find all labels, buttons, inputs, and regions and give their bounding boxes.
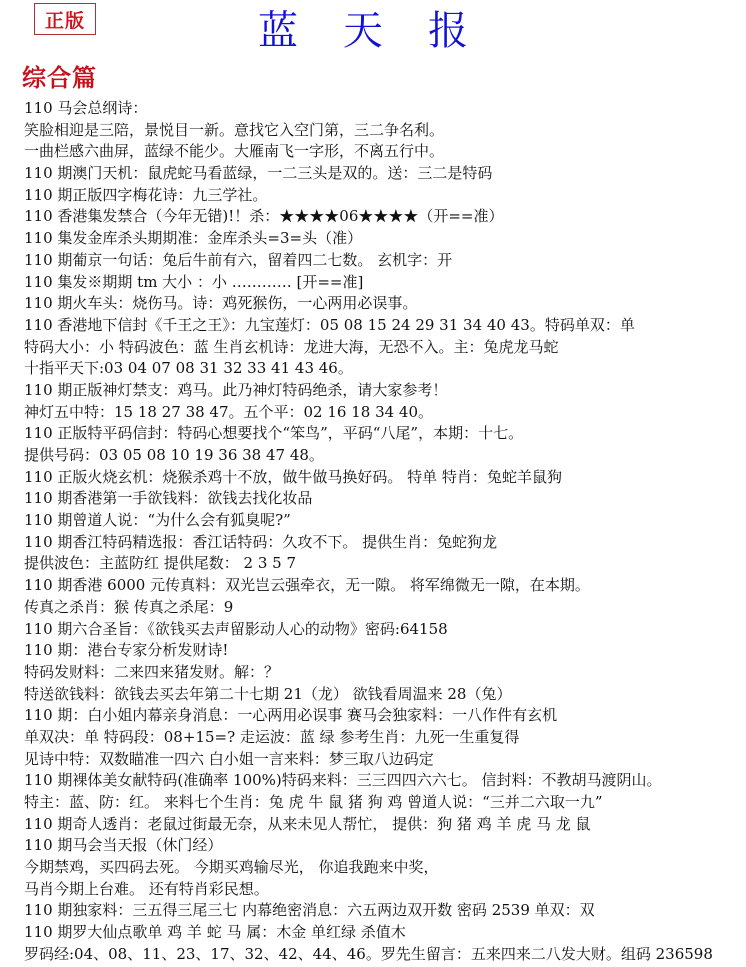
article-body: 110 马会总纲诗： 笑脸相迎是三陪，景悦目一新。意找它入空门第，三二争名利。 … xyxy=(24,98,744,966)
text-line: 110 期：白小姐内幕亲身消息：一心两用必误事 赛马会独家料：一八作件有玄机 xyxy=(24,705,744,727)
text-line: 110 期正版神灯禁支：鸡马。此乃神灯特码绝杀，请大家参考！ xyxy=(24,380,744,402)
text-line: 110 正版火烧玄机：烧猴杀鸡十不放，做牛做马换好码。 特单 特肖：兔蛇羊鼠狗 xyxy=(24,467,744,489)
section-heading: 综合篇 xyxy=(22,58,97,93)
text-line: 提供号码：03 05 08 10 19 36 38 47 48。 xyxy=(24,445,744,467)
authentic-badge: 正版 xyxy=(34,3,96,35)
text-line: 110 香港地下信封《千王之王》：九宝莲灯：05 08 15 24 29 31 … xyxy=(24,315,744,337)
text-line: 今期禁鸡，买四码去死。 今期买鸡输尽光， 你追我跑来中奖， xyxy=(24,857,744,879)
text-line: 110 期裸体美女献特码(准确率 100%)特码来料：三三四四六六七。 信封料：… xyxy=(24,770,744,792)
text-line: 110 集发※期期 tm 大小 ：小 ………… [开==准] xyxy=(24,272,744,294)
text-line: 110 期独家料：三五得三尾三七 内幕绝密消息：六五两边双开数 密码 2539 … xyxy=(24,900,744,922)
text-line: 110 期奇人透肖：老鼠过街最无奈，从来未见人帮忙， 提供：狗 猪 鸡 羊 虎 … xyxy=(24,814,744,836)
text-line: 一曲栏感六曲屏，蓝绿不能少。大雁南飞一字形，不离五行中。 xyxy=(24,141,744,163)
text-line: 特码大小：小 特码波色：蓝 生肖玄机诗：龙进大海，无恐不入。主：兔虎龙马蛇 xyxy=(24,337,744,359)
text-line: 十指平天下:03 04 07 08 31 32 33 41 43 46。 xyxy=(24,358,744,380)
text-line: 罗码经:04、08、11、23、17、32、42、44、46。罗先生留言：五来四… xyxy=(24,944,744,966)
text-line: 110 期澳门天机：鼠虎蛇马看蓝绿，一二三头是双的。送：三二是特码 xyxy=(24,163,744,185)
text-line: 110 正版特平码信封：特码心想要找个“笨鸟”，平码“八尾”，本期：十七。 xyxy=(24,423,744,445)
text-line: 110 期香港第一手欲钱料：欲钱去找化妆品 xyxy=(24,488,744,510)
title-char-2: 天 xyxy=(343,0,383,56)
text-line: 110 期香港 6000 元传真料：双光岂云强牵衣，无一隙。 将军绵微无一隙，在… xyxy=(24,575,744,597)
title-char-1: 蓝 xyxy=(258,0,298,56)
text-line: 特送欲钱料：欲钱去买去年第二十七期 21（龙） 欲钱看周温来 28（兔） xyxy=(24,684,744,706)
text-line: 110 马会总纲诗： xyxy=(24,98,744,120)
page-title: 蓝 天 报 xyxy=(258,2,468,52)
text-line: 提供波色：主蓝防红 提供尾数： 2 3 5 7 xyxy=(24,553,744,575)
text-line: 笑脸相迎是三陪，景悦目一新。意找它入空门第，三二争名利。 xyxy=(24,120,744,142)
text-line: 110 期马会当天报（休门经） xyxy=(24,835,744,857)
text-line: 单双决：单 特码段：08+15=? 走运波：蓝 绿 参考生肖：九死一生重复得 xyxy=(24,727,744,749)
text-line: 110 期曾道人说：“为什么会有狐臭呢?” xyxy=(24,510,744,532)
text-line: 110 期正版四字梅花诗：九三学社。 xyxy=(24,185,744,207)
text-line: 110 期：港台专家分析发财诗! xyxy=(24,640,744,662)
title-char-3: 报 xyxy=(428,0,468,56)
text-line: 特码发财料：二来四来猪发财。解：？ xyxy=(24,662,744,684)
text-line: 110 期火车头：烧伤马。诗：鸡死猴伤，一心两用必误事。 xyxy=(24,293,744,315)
text-line: 特主：蓝、防：红。 来料七个生肖：兔 虎 牛 鼠 猪 狗 鸡 曾道人说：“三并二… xyxy=(24,792,744,814)
text-line: 110 期罗大仙点歌单 鸡 羊 蛇 马 属：木金 单红绿 杀值木 xyxy=(24,922,744,944)
text-line: 110 集发金库杀头期期准：金库杀头=3=头（准） xyxy=(24,228,744,250)
text-line: 传真之杀肖：猴 传真之杀尾：9 xyxy=(24,597,744,619)
text-line: 110 期六合圣旨：《欲钱买去声留影动人心的动物》密码:64158 xyxy=(24,619,744,641)
text-line: 110 期葡京一句话：兔后牛前有六，留着四二七数。 玄机字：开 xyxy=(24,250,744,272)
text-line: 110 期香江特码精选报：香江话特码：久攻不下。 提供生肖：兔蛇狗龙 xyxy=(24,532,744,554)
text-line: 神灯五中特：15 18 27 38 47。五个平：02 16 18 34 40。 xyxy=(24,402,744,424)
text-line: 110 香港集发禁合（今年无错)!！杀：★★★★06★★★★（开==准） xyxy=(24,206,744,228)
text-line: 马肖今期上台难。 还有特肖彩民想。 xyxy=(24,879,744,901)
text-line: 见诗中特：双数瞄准一四六 白小姐一言来料：梦三取八边码定 xyxy=(24,749,744,771)
